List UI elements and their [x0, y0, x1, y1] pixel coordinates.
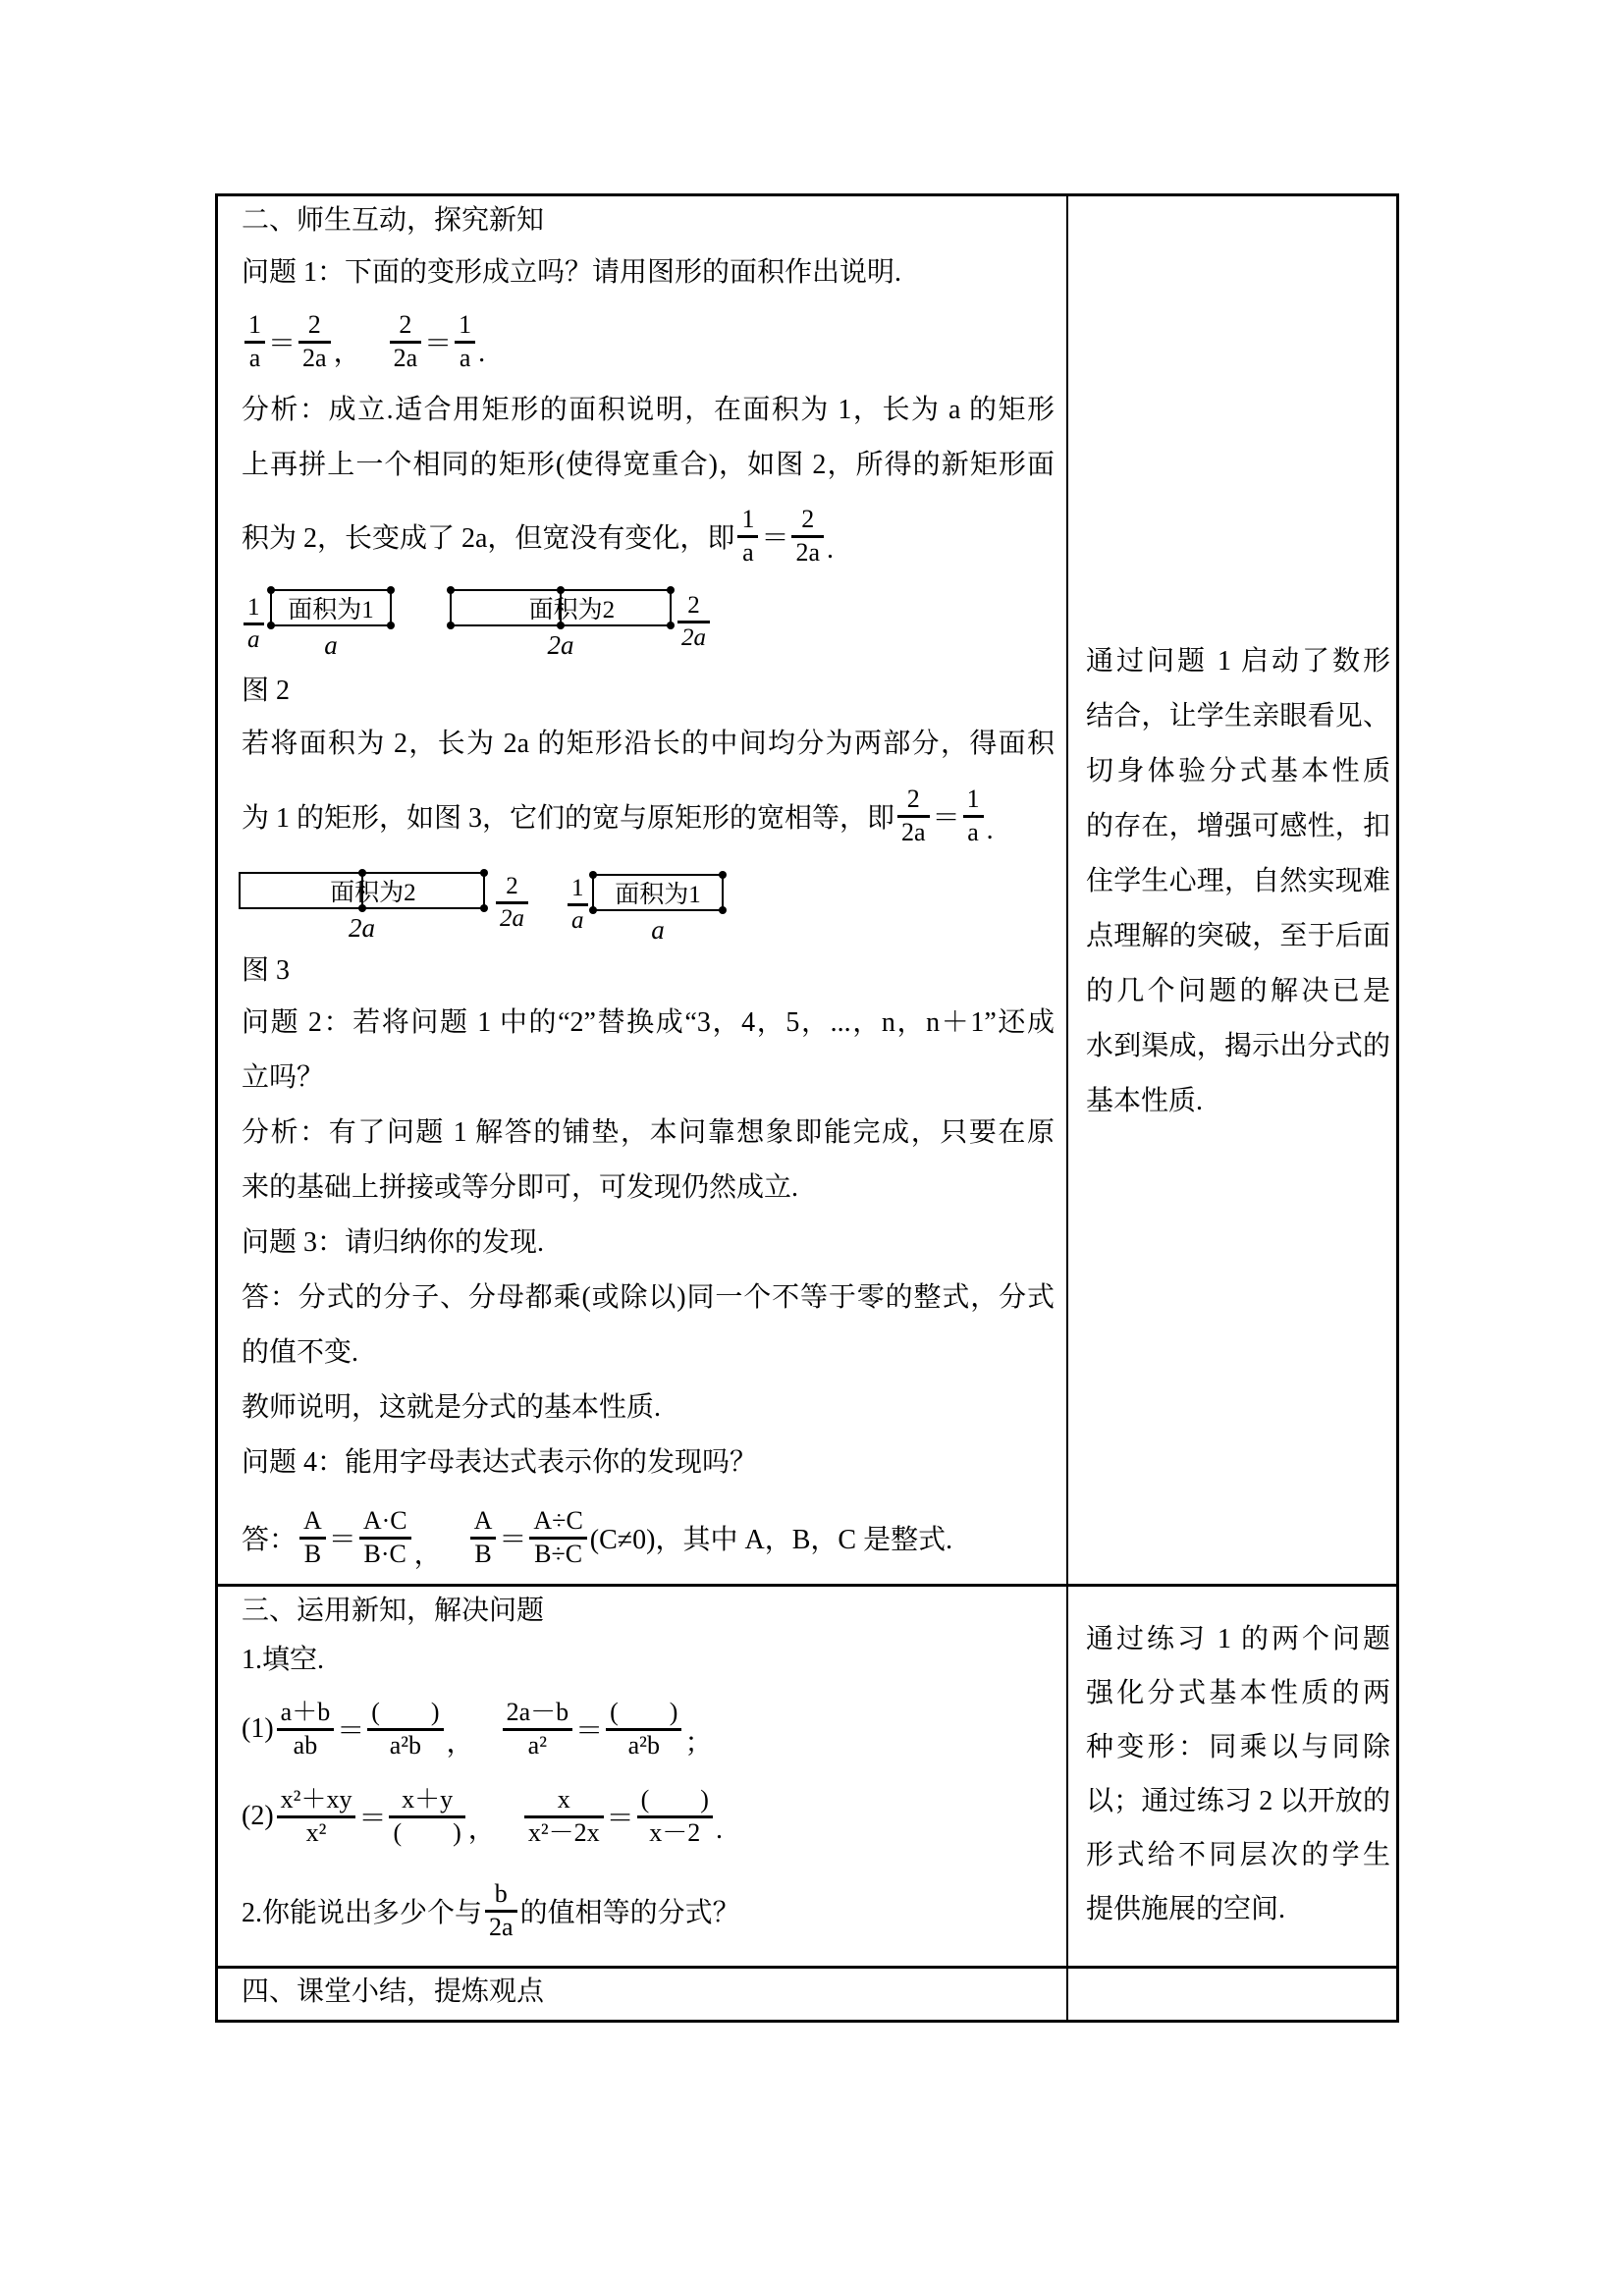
fraction-denominator: ( ): [389, 1818, 464, 1849]
lesson-plan-table: 二、师生互动，探究新知 问题 1：下面的变形成立吗？请用图形的面积作出说明. 1…: [215, 193, 1399, 2023]
length-label: 2a: [239, 913, 485, 943]
fraction-numerator: 2a－b: [503, 1698, 573, 1731]
fraction: 22a: [390, 310, 422, 373]
fraction-numerator: 2: [791, 505, 824, 538]
row-explore-new-knowledge: 二、师生互动，探究新知 问题 1：下面的变形成立吗？请用图形的面积作出说明. 1…: [218, 196, 1396, 1587]
question-text: 的值相等的分式？: [520, 1891, 740, 1930]
analysis1-line3-text: 积为 2，长变成了 2a，但宽没有变化，即: [242, 516, 734, 556]
fraction-denominator: x²－2x: [524, 1818, 604, 1849]
question-3-text: 问题 3：请归纳你的发现.: [242, 1216, 1055, 1271]
answer-3-line2: 的值不变.: [242, 1326, 1055, 1381]
note-line: 切身体验分式基本性质: [1086, 744, 1390, 799]
answer-suffix: 其中 A，B，C 是整式.: [683, 1518, 953, 1557]
fraction-numerator: 2: [496, 872, 528, 904]
fraction-numerator: 1: [737, 505, 758, 538]
fraction-numerator: ( ): [637, 1785, 713, 1818]
semicolon: ；: [684, 1729, 712, 1773]
fraction: 22a: [897, 785, 930, 847]
row1-note-cell: 通过问题 1 启动了数形 结合，让学生亲眼看见、 切身体验分式基本性质 的存在，…: [1068, 196, 1396, 1584]
analysis1-line2: 上再拼上一个相同的矩形(使得宽重合)，如图 2，所得的新矩形面: [242, 438, 1055, 493]
note-line: 基本性质.: [1086, 1074, 1390, 1129]
fraction-denominator: a: [244, 344, 265, 374]
fraction: A·CB·C: [359, 1506, 411, 1569]
comma: ，: [334, 339, 361, 383]
fraction-numerator: 1: [963, 785, 984, 818]
row2-main-cell: 三、运用新知，解决问题 1.填空. (1) a＋bab ＝ ( )a²b ， 2…: [218, 1587, 1068, 1966]
equals-sign: ＝: [358, 1797, 386, 1836]
fraction-denominator: B: [470, 1540, 497, 1570]
note-line: 水到渠成，揭示出分式的: [1086, 1019, 1390, 1074]
fraction-denominator: a²: [503, 1731, 573, 1761]
exercise-2: (2) x²＋xyx² ＝ x＋y( ) ， xx²－2x ＝ ( )x－2 .: [242, 1773, 1055, 1860]
fraction-width-label: 22a: [496, 872, 528, 933]
length-label: 2a: [450, 630, 672, 660]
fraction-numerator: x: [524, 1785, 604, 1818]
fraction-denominator: a: [568, 906, 588, 936]
fraction: b2a: [485, 1879, 517, 1942]
comma: ，: [468, 1815, 496, 1860]
comma: ，: [447, 1729, 474, 1773]
section4-heading: 四、课堂小结，提炼观点: [242, 1971, 1055, 2016]
fraction: 22a: [791, 505, 824, 568]
item-number: (1): [242, 1713, 274, 1745]
rectangle-area-2: 面积为2: [450, 589, 672, 626]
note-line: 以；通过练习 2 以开放的: [1086, 1774, 1390, 1828]
equals-sign: ＝: [933, 796, 960, 836]
note-line: 住学生心理，自然实现难: [1086, 854, 1390, 909]
equals-sign: ＝: [607, 1797, 634, 1836]
fraction-denominator: 2a: [677, 623, 710, 653]
note-line: 种变形：同乘以与同除: [1086, 1720, 1390, 1774]
row2-note-cell: 通过练习 1 的两个问题 强化分式基本性质的两 种变形：同乘以与同除 以；通过练…: [1068, 1587, 1396, 1966]
fraction-denominator: x²: [277, 1818, 356, 1849]
answer-prefix: 答：: [242, 1518, 297, 1557]
fraction: 1a: [737, 505, 758, 568]
fraction-numerator: 1: [244, 593, 264, 625]
analysis2-line2: 来的基础上拼接或等分即可，可发现仍然成立.: [242, 1161, 1055, 1216]
fraction-numerator: A: [470, 1506, 497, 1540]
exercise-1: (1) a＋bab ＝ ( )a²b ， 2a－ba² ＝ ( )a²b ；: [242, 1685, 1055, 1773]
analysis1-line3: 积为 2，长变成了 2a，但宽没有变化，即 1a ＝ 22a .: [242, 493, 1055, 579]
fraction: xx²－2x: [524, 1785, 604, 1848]
fraction-with-blank: ( )a²b: [606, 1698, 681, 1760]
fraction-denominator: a: [244, 625, 264, 655]
answer-3-line1: 答：分式的分子、分母都乘(或除以)同一个不等于零的整式，分式: [242, 1271, 1055, 1326]
fraction: AB: [470, 1506, 497, 1569]
equals-sign: ＝: [575, 1709, 603, 1749]
equals-sign: ＝: [424, 322, 452, 361]
section2-heading: 二、师生互动，探究新知: [242, 198, 1055, 245]
fraction-numerator: x＋y: [389, 1785, 464, 1818]
fraction-numerator: A÷C: [529, 1506, 586, 1540]
answer-4-formula: 答： AB ＝ A·CB·C ， AB ＝ A÷CB÷C (C≠0)， 其中 A…: [242, 1490, 1055, 1585]
fraction-denominator: x－2: [637, 1818, 713, 1849]
note-line: 的几个问题的解决已是: [1086, 964, 1390, 1019]
fraction-denominator: 2a: [390, 344, 422, 374]
fraction-denominator: 2a: [485, 1913, 517, 1943]
period: .: [987, 816, 994, 860]
fraction-numerator: b: [485, 1879, 517, 1913]
fraction: a＋bab: [277, 1698, 335, 1760]
analysis2-line1: 分析：有了问题 1 解答的铺垫，本问靠想象即能完成，只要在原: [242, 1106, 1055, 1161]
row1-main-cell: 二、师生互动，探究新知 问题 1：下面的变形成立吗？请用图形的面积作出说明. 1…: [218, 196, 1068, 1584]
fraction-with-blank: x＋y( ): [389, 1785, 464, 1848]
fraction: 1a: [244, 310, 265, 373]
fraction-with-blank: ( )x－2: [637, 1785, 713, 1848]
fraction-denominator: B÷C: [529, 1540, 586, 1570]
document-page: { "colors": {"ink": "#000000", "paper": …: [0, 0, 1624, 2274]
note-line: 点理解的突破，至于后面: [1086, 909, 1390, 964]
corner-dot: [447, 622, 455, 629]
fraction-denominator: a²b: [367, 1731, 443, 1761]
margin-note-2: 通过练习 1 的两个问题 强化分式基本性质的两 种变形：同乘以与同除 以；通过练…: [1086, 1587, 1390, 1936]
fraction-numerator: 2: [298, 310, 331, 344]
fraction-denominator: ab: [277, 1731, 335, 1761]
figure-3: 面积为2 2a 22a 1a 面积为1 a: [242, 860, 1055, 950]
figure3-para-line1: 若将面积为 2，长为 2a 的矩形沿长的中间均分为两部分，得面积: [242, 717, 1055, 772]
fraction-numerator: 2: [390, 310, 422, 344]
section3-heading: 三、运用新知，解决问题: [242, 1589, 1055, 1636]
fraction: AB: [299, 1506, 326, 1569]
fraction-numerator: 1: [244, 310, 265, 344]
row3-note-cell: [1068, 1969, 1396, 2020]
fraction-denominator: 2a: [897, 818, 930, 848]
fraction-denominator: a²b: [606, 1731, 681, 1761]
equals-sign: ＝: [337, 1709, 364, 1749]
fraction: 1a: [455, 310, 475, 373]
question-1-text: 问题 1：下面的变形成立吗？请用图形的面积作出说明.: [242, 245, 1055, 300]
note-line: 的存在，增强可感性，扣: [1086, 799, 1390, 854]
length-label: a: [592, 915, 724, 945]
equals-sign: ＝: [268, 322, 296, 361]
period: .: [827, 535, 834, 579]
fill-in-blank-title: 1.填空.: [242, 1636, 1055, 1685]
corner-dot: [480, 869, 488, 877]
fraction-width-label: 22a: [677, 591, 710, 652]
fraction-width-label: 1a: [244, 593, 264, 654]
fraction-width-label: 1a: [568, 874, 588, 935]
rect-label: 面积为1: [272, 590, 390, 625]
fraction: 22a: [298, 310, 331, 373]
fraction-denominator: 2a: [298, 344, 331, 374]
period: .: [478, 339, 485, 383]
teacher-note: 教师说明，这就是分式的基本性质.: [242, 1381, 1055, 1435]
rect-label: 面积为2: [529, 590, 616, 625]
corner-dot: [447, 586, 455, 594]
equals-sign: ＝: [329, 1518, 356, 1557]
rect-label: 面积为1: [594, 875, 722, 910]
fraction-numerator: x²＋xy: [277, 1785, 356, 1818]
note-line: 通过问题 1 启动了数形: [1086, 634, 1390, 689]
period: .: [716, 1815, 723, 1860]
equals-sign: ＝: [499, 1518, 526, 1557]
note-line: 提供施展的空间.: [1086, 1882, 1390, 1936]
corner-dot: [667, 586, 675, 594]
fraction-numerator: ( ): [367, 1698, 443, 1731]
fraction: x²＋xyx²: [277, 1785, 356, 1848]
note-line: 强化分式基本性质的两: [1086, 1666, 1390, 1720]
fraction-denominator: a: [737, 538, 758, 568]
question-text: 2.你能说出多少个与: [242, 1891, 482, 1930]
item-number: (2): [242, 1801, 274, 1832]
fraction-numerator: ( ): [606, 1698, 681, 1731]
note-line: 形式给不同层次的学生: [1086, 1828, 1390, 1882]
figure3-para-line2-text: 为 1 的矩形，如图 3，它们的宽与原矩形的宽相等，即: [242, 796, 894, 836]
exercise-question-2: 2.你能说出多少个与 b2a 的值相等的分式？: [242, 1860, 1055, 1962]
rectangle-area-1: 面积为1: [592, 874, 724, 911]
figure-2-caption: 图 2: [242, 670, 1055, 717]
fraction-numerator: A·C: [359, 1506, 411, 1540]
figure-2: 1a 面积为1 a 面积为2 2a 22a: [242, 579, 1055, 670]
comma: ，: [414, 1541, 442, 1585]
fraction-denominator: a: [963, 818, 984, 848]
corner-dot: [667, 622, 675, 629]
fraction-denominator: a: [455, 344, 475, 374]
fraction: A÷CB÷C: [529, 1506, 586, 1569]
row-apply-new-knowledge: 三、运用新知，解决问题 1.填空. (1) a＋bab ＝ ( )a²b ， 2…: [218, 1587, 1396, 1969]
row3-main-cell: 四、课堂小结，提炼观点: [218, 1969, 1068, 2020]
rectangle-area-2: 面积为2: [239, 872, 485, 909]
fraction-denominator: 2a: [791, 538, 824, 568]
figure3-para-line2: 为 1 的矩形，如图 3，它们的宽与原矩形的宽相等，即 22a ＝ 1a .: [242, 772, 1055, 860]
fraction-numerator: 2: [677, 591, 710, 623]
rectangle-area-1: 面积为1: [270, 589, 392, 626]
fraction: 1a: [963, 785, 984, 847]
question-2-line1: 问题 2：若将问题 1 中的“2”替换成“3，4，5，...，n，n＋1”还成: [242, 996, 1055, 1051]
question-4-text: 问题 4：能用字母表达式表示你的发现吗？: [242, 1435, 1055, 1490]
fraction-with-blank: ( )a²b: [367, 1698, 443, 1760]
corner-dot: [480, 904, 488, 912]
row-summary: 四、课堂小结，提炼观点: [218, 1969, 1396, 2020]
condition-text: (C≠0)，: [590, 1518, 683, 1557]
question-2-line2: 立吗？: [242, 1051, 1055, 1106]
rect-label: 面积为2: [330, 873, 416, 908]
fraction: 2a－ba²: [503, 1698, 573, 1760]
fraction-numerator: 2: [897, 785, 930, 818]
length-label: a: [270, 630, 392, 660]
fraction-denominator: 2a: [496, 904, 528, 934]
equation-intro: 1a ＝ 22a ， 22a ＝ 1a .: [242, 300, 1055, 383]
fraction-numerator: 1: [568, 874, 588, 906]
note-line: 通过练习 1 的两个问题: [1086, 1612, 1390, 1666]
fraction-numerator: 1: [455, 310, 475, 344]
equals-sign: ＝: [761, 516, 788, 556]
fraction-denominator: B: [299, 1540, 326, 1570]
fraction-numerator: a＋b: [277, 1698, 335, 1731]
fraction-numerator: A: [299, 1506, 326, 1540]
figure-3-caption: 图 3: [242, 950, 1055, 996]
fraction-denominator: B·C: [359, 1540, 411, 1570]
analysis1-line1: 分析：成立.适合用矩形的面积说明，在面积为 1，长为 a 的矩形: [242, 383, 1055, 438]
note-line: 结合，让学生亲眼看见、: [1086, 689, 1390, 744]
margin-note-1: 通过问题 1 启动了数形 结合，让学生亲眼看见、 切身体验分式基本性质 的存在，…: [1086, 196, 1390, 1129]
